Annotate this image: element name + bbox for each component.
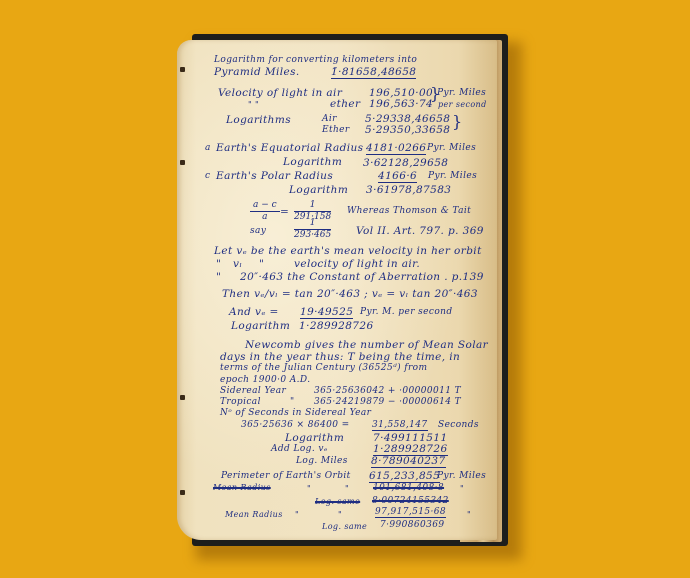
binding-hole xyxy=(180,490,185,495)
newcomb-tropical-ditto: " xyxy=(290,397,295,407)
equatorial-value: 4181·0266 xyxy=(366,142,426,155)
newcomb-seconds-unit: Seconds xyxy=(438,420,479,430)
flattening-note2: Vol II. Art. 797. p. 369 xyxy=(356,225,484,237)
newcomb-sidereal-value: 365·25636042 + ·00000011 T xyxy=(314,386,461,396)
log-same-label: Log. same xyxy=(322,522,367,531)
logcalc-miles-value: 8·789040237 xyxy=(371,455,446,468)
struck-mean-radius-ditto1: " xyxy=(307,484,311,493)
header-line2-value: 1̄·81658,48658 xyxy=(331,66,416,79)
flattening-equals: = xyxy=(280,206,289,218)
logcalc-miles-label: Log. Miles xyxy=(296,456,348,466)
perimeter-unit: Pyr. Miles xyxy=(437,471,486,481)
binding-hole xyxy=(180,160,185,165)
equatorial-label: Earth's Equatorial Radius xyxy=(216,142,363,154)
logarithms-brace: } xyxy=(452,114,462,130)
logarithms-air-label: Air xyxy=(322,114,337,124)
flattening-lhs: a − ca xyxy=(250,200,280,223)
polar-value: 4166·6 xyxy=(378,170,417,183)
polar-log-label: Logarithm xyxy=(289,184,348,196)
velocity-unit-1: Pyr. Miles xyxy=(437,88,486,98)
struck-mean-radius-ditto2: " xyxy=(345,484,349,493)
struck-mean-radius-value: 101,681,408·8 xyxy=(373,483,444,493)
aberration-line3: 20″·463 the Constant of Aberration . p.1… xyxy=(240,271,484,283)
binding-hole xyxy=(180,67,185,72)
polar-prefix: c xyxy=(205,171,210,181)
flattening-say: say xyxy=(250,226,266,236)
logcalc-add-label: Add Log. vₑ xyxy=(271,444,328,454)
aberration-line6-value: 1·289928726 xyxy=(299,320,374,332)
perimeter-value: 615,233,855 xyxy=(369,470,440,483)
flattening-rhs2: 1293·465 xyxy=(294,218,331,241)
binding-hole xyxy=(180,395,185,400)
logarithms-label: Logarithms xyxy=(226,114,291,126)
aberration-line2-text: velocity of light in air. xyxy=(294,258,420,270)
struck-log-same-label: Log. same xyxy=(315,497,360,506)
polar-unit: Pyr. Miles xyxy=(428,171,477,181)
mean-radius-value: 97,917,515·68 xyxy=(375,507,446,518)
newcomb-tropical-label: Tropical xyxy=(220,397,261,407)
header-line1: Logarithm for converting kilometers into xyxy=(214,55,417,65)
mean-radius-ditto2: " xyxy=(338,510,342,519)
mean-radius-ditto3: " xyxy=(467,510,471,519)
flattening-note1: Whereas Thomson & Tait xyxy=(347,206,471,216)
aberration-line5-value: 19·49525 xyxy=(300,306,353,319)
mean-radius-ditto1: " xyxy=(295,510,299,519)
logcalc-log-label: Logarithm xyxy=(285,432,344,444)
newcomb-seconds-label: Nᵒ of Seconds in Sidereal Year xyxy=(220,408,371,418)
aberration-line3-ditto: " xyxy=(216,271,221,283)
aberration-line5-unit: Pyr. M. per second xyxy=(360,307,453,317)
aberration-line2-ditto: " xyxy=(216,258,221,270)
logarithms-ether-label: Ether xyxy=(322,125,350,135)
aberration-line1: Let vₑ be the earth's mean velocity in h… xyxy=(214,245,482,257)
aberration-line5-label: And vₑ = xyxy=(229,306,279,318)
equatorial-unit: Pyr. Miles xyxy=(427,143,476,153)
equatorial-log-value: 3·62128,29658 xyxy=(363,157,448,169)
header-line2-label: Pyramid Miles. xyxy=(214,66,300,78)
newcomb-seconds-value: 31,558,147 xyxy=(372,420,428,431)
logarithms-ether-value: 5·29350,33658 xyxy=(365,124,450,136)
velocity-ether-value: 196,563·74 xyxy=(369,98,433,110)
struck-mean-radius-label: Mean Radius xyxy=(213,483,271,492)
polar-label: Earth's Polar Radius xyxy=(216,170,333,182)
newcomb-tropical-value: 365·24219879 − ·00000614 T xyxy=(314,397,461,407)
struck-log-same-value: 8·00724155342 xyxy=(372,496,449,506)
velocity-unit-2: per second xyxy=(438,100,487,109)
log-same-value: 7·990860369 xyxy=(380,520,445,530)
newcomb-seconds-calc: 365·25636 × 86400 = xyxy=(241,420,350,430)
equatorial-prefix: a xyxy=(205,143,211,153)
velocity-ether-label: ether xyxy=(330,98,360,110)
aberration-line4: Then vₑ/vₗ = tan 20″·463 ; vₑ = vₗ tan 2… xyxy=(222,288,478,300)
velocity-air-label: Velocity of light in air xyxy=(218,87,342,99)
newcomb-line1: Newcomb gives the number of Mean Solar xyxy=(245,339,488,351)
equatorial-log-label: Logarithm xyxy=(283,156,342,168)
newcomb-sidereal-label: Sidereal Year xyxy=(220,386,286,396)
aberration-line2-symbol: vₗ xyxy=(233,258,242,270)
velocity-ether-ditto: " " xyxy=(248,100,259,109)
polar-log-value: 3·61978,87583 xyxy=(366,184,451,196)
mean-radius-label: Mean Radius xyxy=(225,510,283,519)
perimeter-label: Perimeter of Earth's Orbit xyxy=(221,471,351,481)
newcomb-line4: epoch 1900·0 A.D. xyxy=(220,375,310,385)
aberration-line6-label: Logarithm xyxy=(231,320,290,332)
struck-mean-radius-ditto3: " xyxy=(460,484,464,493)
newcomb-line2: days in the year thus: T being the time,… xyxy=(220,351,460,363)
newcomb-line3: terms of the Julian Century (36525ᵈ) fro… xyxy=(220,363,427,373)
aberration-line2-ditto2: " xyxy=(259,258,264,270)
